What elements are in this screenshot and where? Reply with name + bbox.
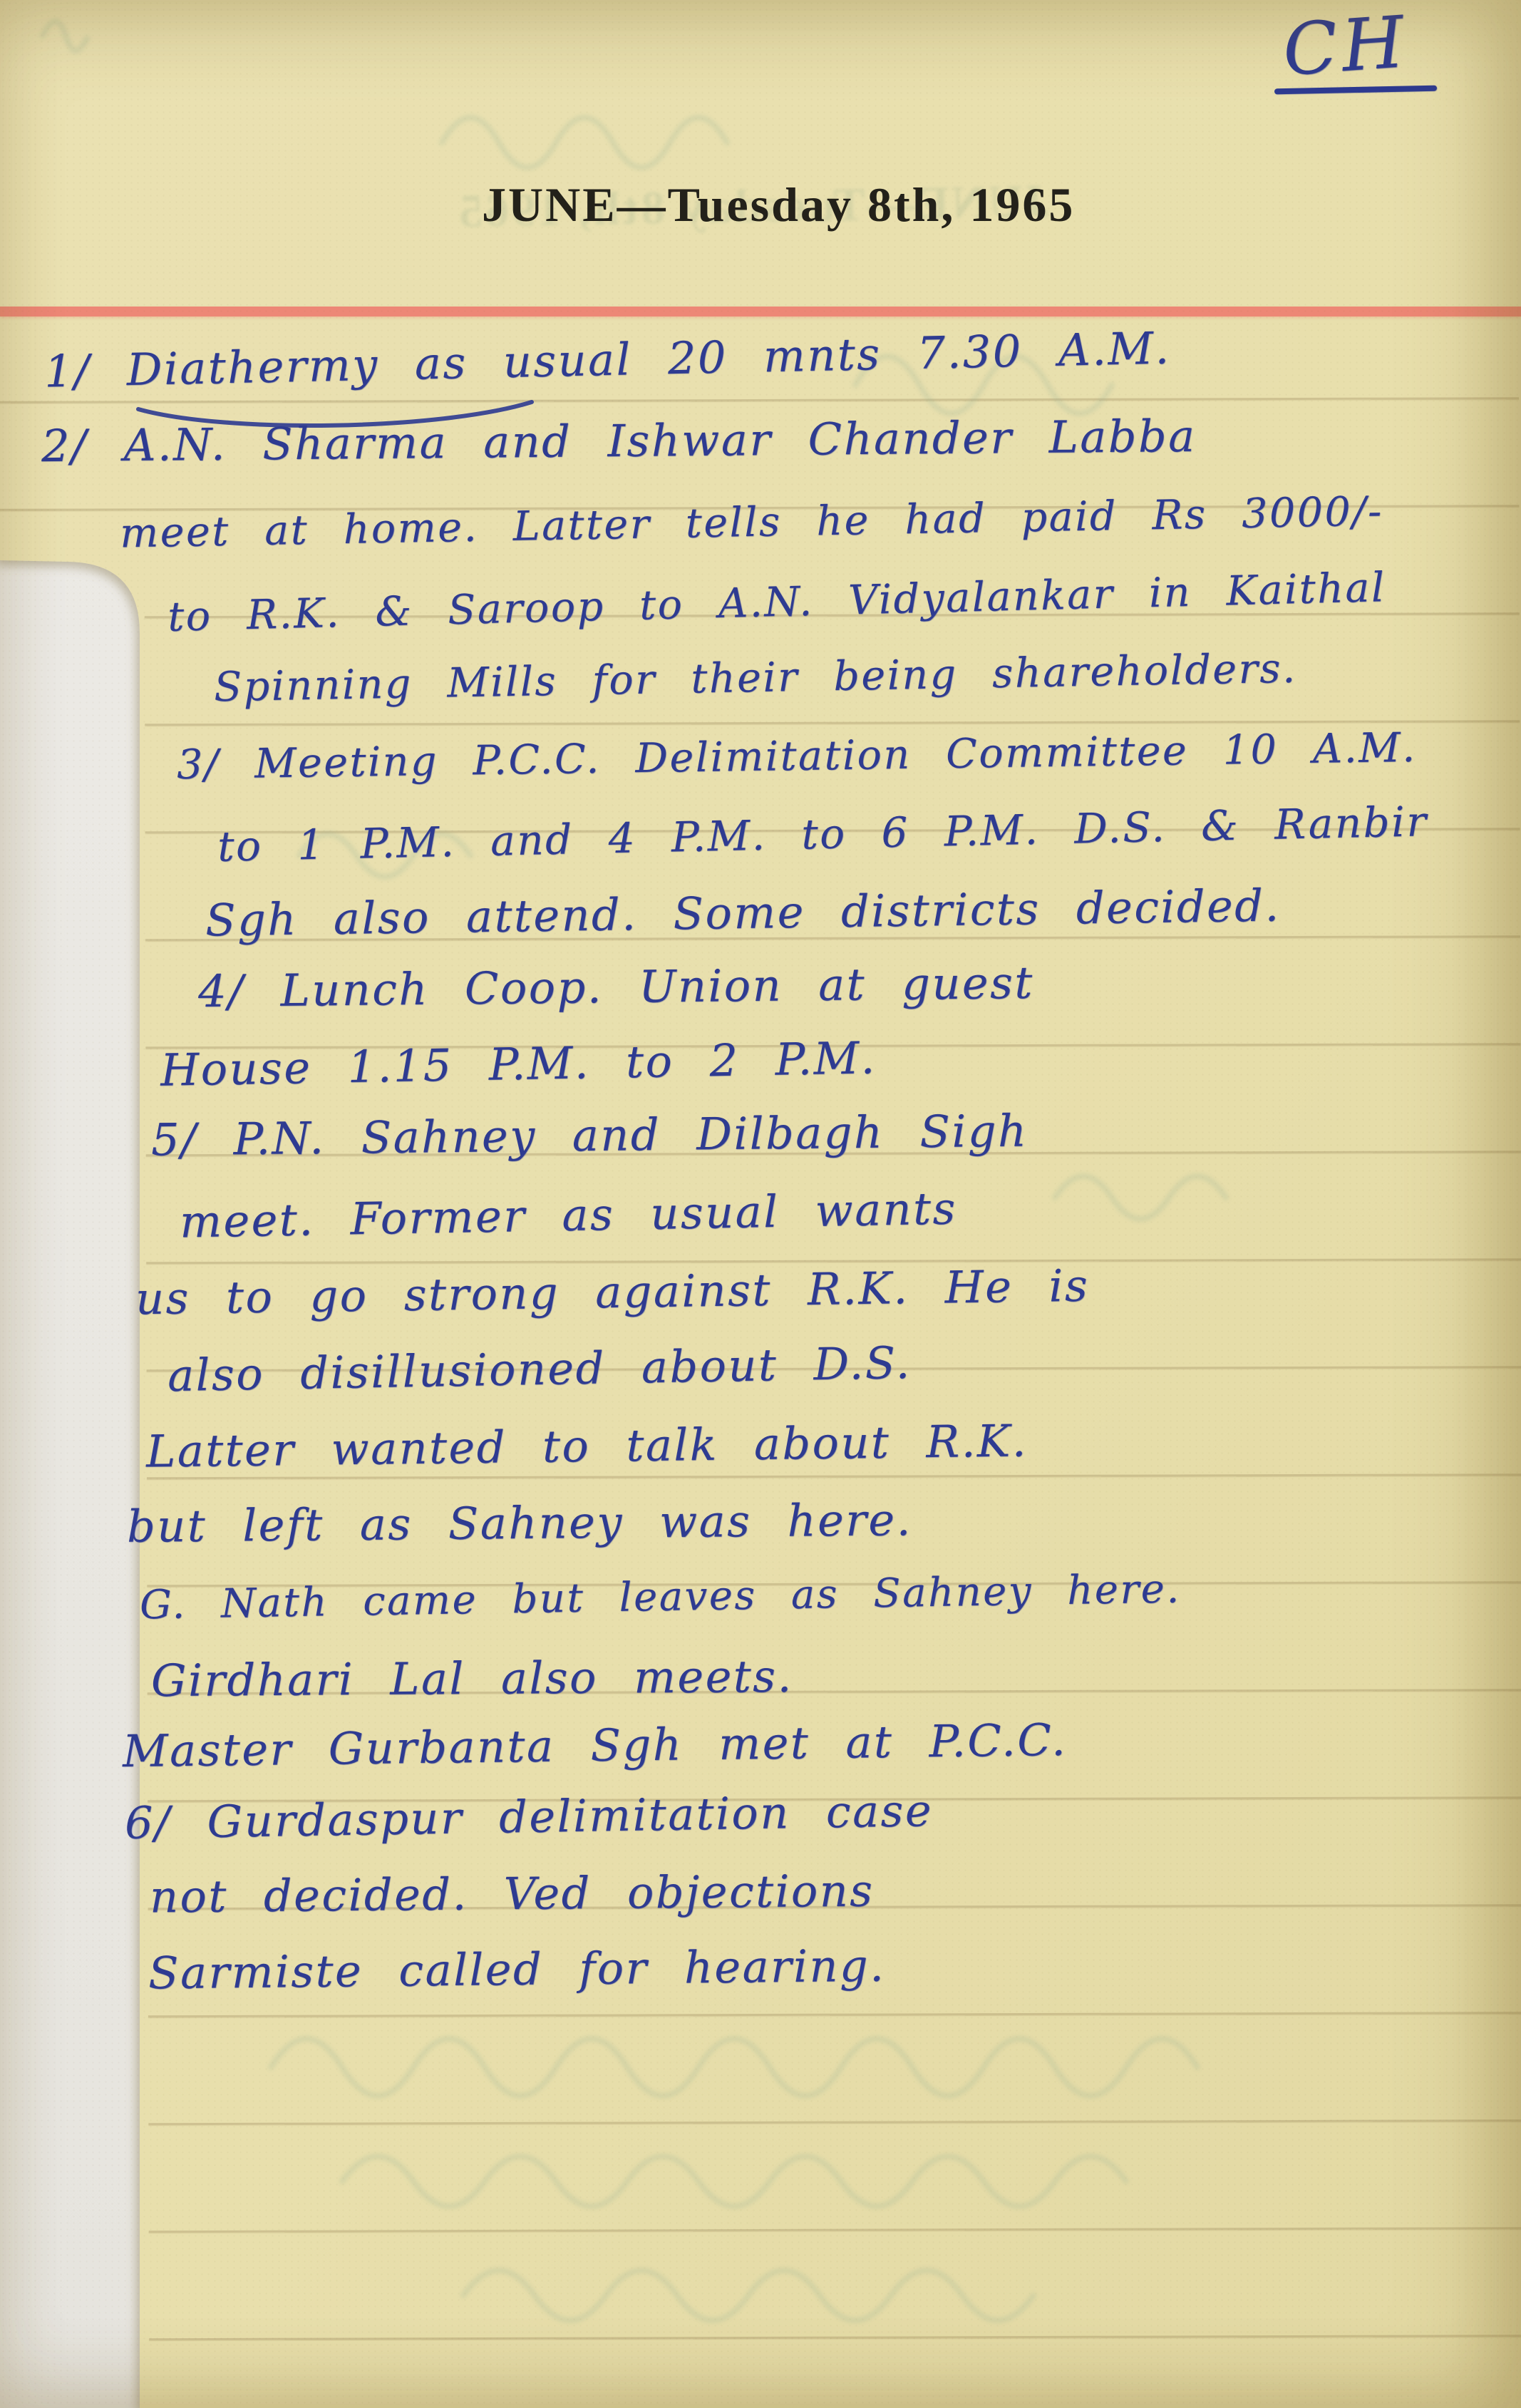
diary-line: 5/ P.N. Sahney and Dilbagh Sigh (151, 1105, 1028, 1166)
diary-line: not decided. Ved objections (150, 1865, 875, 1923)
diary-line: Sarmiste called for hearing. (148, 1940, 886, 2000)
diary-line: 2/ A.N. Sharma and Ishwar Chander Labba (41, 410, 1197, 472)
corner-annotation: CH (1280, 0, 1411, 92)
page-header: JUNE—Tuesday 8th, 1965 (482, 177, 1075, 233)
diary-line: Latter wanted to talk about R.K. (146, 1414, 1028, 1477)
diary-line: 4/ Lunch Coop. Union at guest (198, 957, 1034, 1017)
diary-line: Girdhari Lal also meets. (151, 1650, 793, 1707)
diary-line: but left as Sahney was here. (127, 1493, 912, 1553)
diary-page-scan: JUNE—Tuesday 8th, 1965 JUNE—Tuesday 8th,… (0, 0, 1521, 2408)
red-header-rule (0, 307, 1521, 317)
